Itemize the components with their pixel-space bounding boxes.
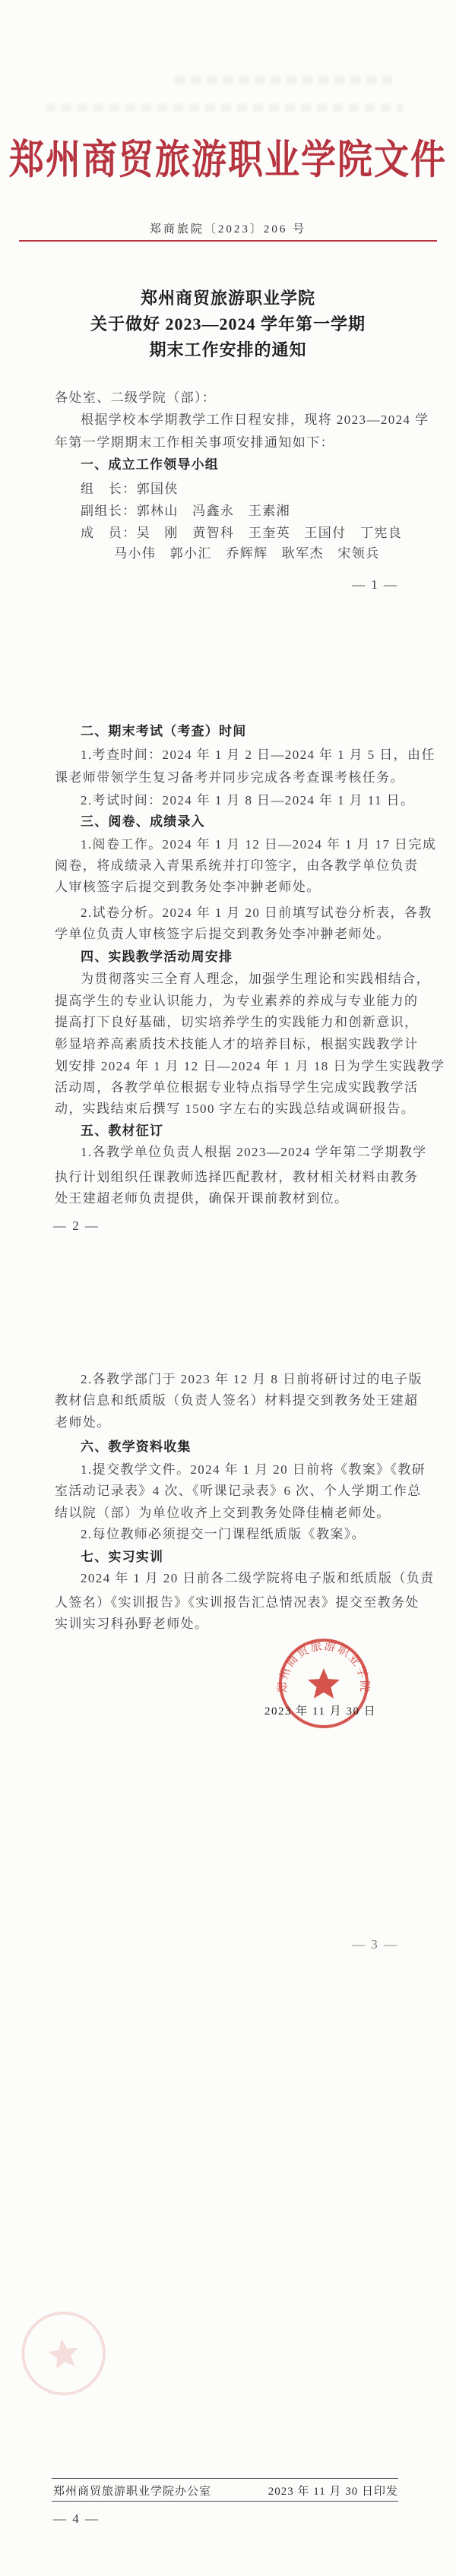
doc-title-line: 郑州商贸旅游职业学院: [0, 286, 456, 309]
bleed-through-artifact: [175, 76, 395, 84]
section-heading: 七、实习实训: [55, 1548, 401, 1566]
body-line: 处王建超老师负责提供，确保开课前教材到位。: [55, 1190, 401, 1208]
page-number: — 2 —: [53, 1217, 399, 1235]
section-heading: 六、教学资料收集: [55, 1438, 401, 1456]
body-line: 划安排 2024 年 1 月 12 日—2024 年 1 月 18 日为学生实践…: [55, 1057, 401, 1076]
body-line: 1.提交教学文件。2024 年 1 月 20 日前将《教案》《教研: [55, 1461, 401, 1479]
body-line: 2.各教学部门于 2023 年 12 月 8 日前将研讨过的电子版: [55, 1370, 401, 1389]
body-line: 人审核签字后提交到教务处李冲翀老师处。: [55, 878, 401, 896]
body-line: 实训实习科孙野老师处。: [55, 1615, 401, 1633]
body-line: 组 长：郭国侠: [55, 480, 401, 498]
body-line: 2.每位教师必须提交一门课程纸质版《教案》。: [55, 1525, 401, 1544]
body-line: 提高打下良好基础，切实培养学生的实践能力和创新意识，: [55, 1013, 401, 1032]
body-line: 2.考试时间：2024 年 1 月 8 日—2024 年 1 月 11 日。: [55, 792, 401, 810]
body-line: 动，实践结束后撰写 1500 字左右的实践总结或调研报告。: [55, 1100, 401, 1118]
body-line: 2.试卷分析。2024 年 1 月 20 日前填写试卷分析表，各教: [55, 904, 401, 922]
page-number: — 1 —: [53, 576, 398, 594]
body-line: 活动周，各教学单位根据专业特点指导学生完成实践教学活: [55, 1079, 401, 1097]
salutation-line: 各处室、二级学院（部）：: [55, 389, 401, 407]
section-heading: 三、阅卷、成绩录入: [55, 813, 401, 831]
body-line: 彰显培养高素质技术技能人才的培养目标，根据实践教学计: [55, 1035, 401, 1054]
body-line: 老师处。: [55, 1414, 401, 1432]
body-line: 人签名）《实训报告》《实训报告汇总情况表》提交至教务处: [55, 1594, 401, 1612]
footer-print-date: 2023 年 11 月 30 日印发: [268, 2483, 398, 2499]
seal-bleed-through: [14, 2304, 114, 2407]
document-date: 2023 年 11 月 30 日: [264, 1702, 386, 1718]
section-heading: 一、成立工作领导小组: [55, 456, 401, 474]
page-number: — 3 —: [53, 1936, 398, 1954]
body-line: 阅卷，将成绩录入青果系统并打印签字，由各教学单位负责: [55, 857, 401, 875]
body-line: 年第一学期期末工作相关事项安排通知如下：: [55, 434, 401, 452]
red-header-title: 郑州商贸旅游职业学院文件: [0, 128, 456, 185]
body-line: 马小伟 郭小汇 乔辉辉 耿军杰 宋领兵: [114, 545, 456, 563]
footer-rule-top: [52, 2478, 398, 2479]
footer-rule-bottom: [52, 2501, 398, 2502]
section-heading: 二、期末考试（考查）时间: [55, 722, 401, 741]
body-line: 课老师带领学生复习备考并同步完成各考查课考核任务。: [55, 769, 401, 787]
red-divider-rule: [19, 240, 437, 242]
body-line: 1.考查时间：2024 年 1 月 2 日—2024 年 1 月 5 日，由任: [55, 746, 401, 764]
body-line: 学单位负责人审核签字后提交到教务处李冲翀老师处。: [55, 925, 401, 943]
page-number: — 4 —: [53, 2510, 399, 2528]
body-line: 结以院（部）为单位收齐上交到教务处降佳楠老师处。: [55, 1504, 401, 1522]
section-heading: 四、实践教学活动周安排: [55, 948, 401, 966]
footer-row: 郑州商贸旅游职业学院办公室 2023 年 11 月 30 日印发: [53, 2483, 398, 2499]
body-line: 室活动记录表》4 次、《听课记录表》6 次、个人学期工作总: [55, 1482, 401, 1500]
body-line: 根据学校本学期教学工作日程安排，现将 2023—2024 学: [55, 411, 401, 429]
body-line: 成 员：吴 刚 黄智科 王奎英 王国付 丁宪良: [55, 524, 401, 542]
scanned-official-document: 郑州商贸旅游职业学院文件 郑商旅院〔2023〕206 号 郑州商贸旅游职业学院 …: [0, 0, 456, 2576]
body-line: 为贯彻落实三全育人理念，加强学生理论和实践相结合，: [55, 970, 401, 988]
body-line: 1.各教学单位负责人根据 2023—2024 学年第二学期教学: [55, 1143, 401, 1162]
body-line: 执行计划组织任课教师选择匹配教材，教材相关材料由教务: [55, 1168, 401, 1187]
body-line: 教材信息和纸质版（负责人签名）材料提交到教务处王建超: [55, 1392, 401, 1410]
body-line: 副组长：郭林山 冯鑫永 王素湘: [55, 502, 401, 520]
document-number: 郑商旅院〔2023〕206 号: [0, 220, 456, 236]
body-line: 提高学生的专业认识能力，为专业素养的养成与专业能力的: [55, 992, 401, 1010]
doc-title-line: 关于做好 2023—2024 学年第一学期: [0, 311, 456, 335]
body-line: 2024 年 1 月 20 日前各二级学院将电子版和纸质版（负责: [55, 1569, 401, 1588]
section-heading: 五、教材征订: [55, 1122, 401, 1140]
seal-star: [308, 1668, 340, 1699]
bleed-through-artifact: [46, 103, 403, 112]
doc-title-line: 期末工作安排的通知: [0, 337, 456, 361]
footer-office: 郑州商贸旅游职业学院办公室: [53, 2483, 211, 2499]
body-line: 1.阅卷工作。2024 年 1 月 12 日—2024 年 1 月 17 日完成: [55, 836, 401, 854]
